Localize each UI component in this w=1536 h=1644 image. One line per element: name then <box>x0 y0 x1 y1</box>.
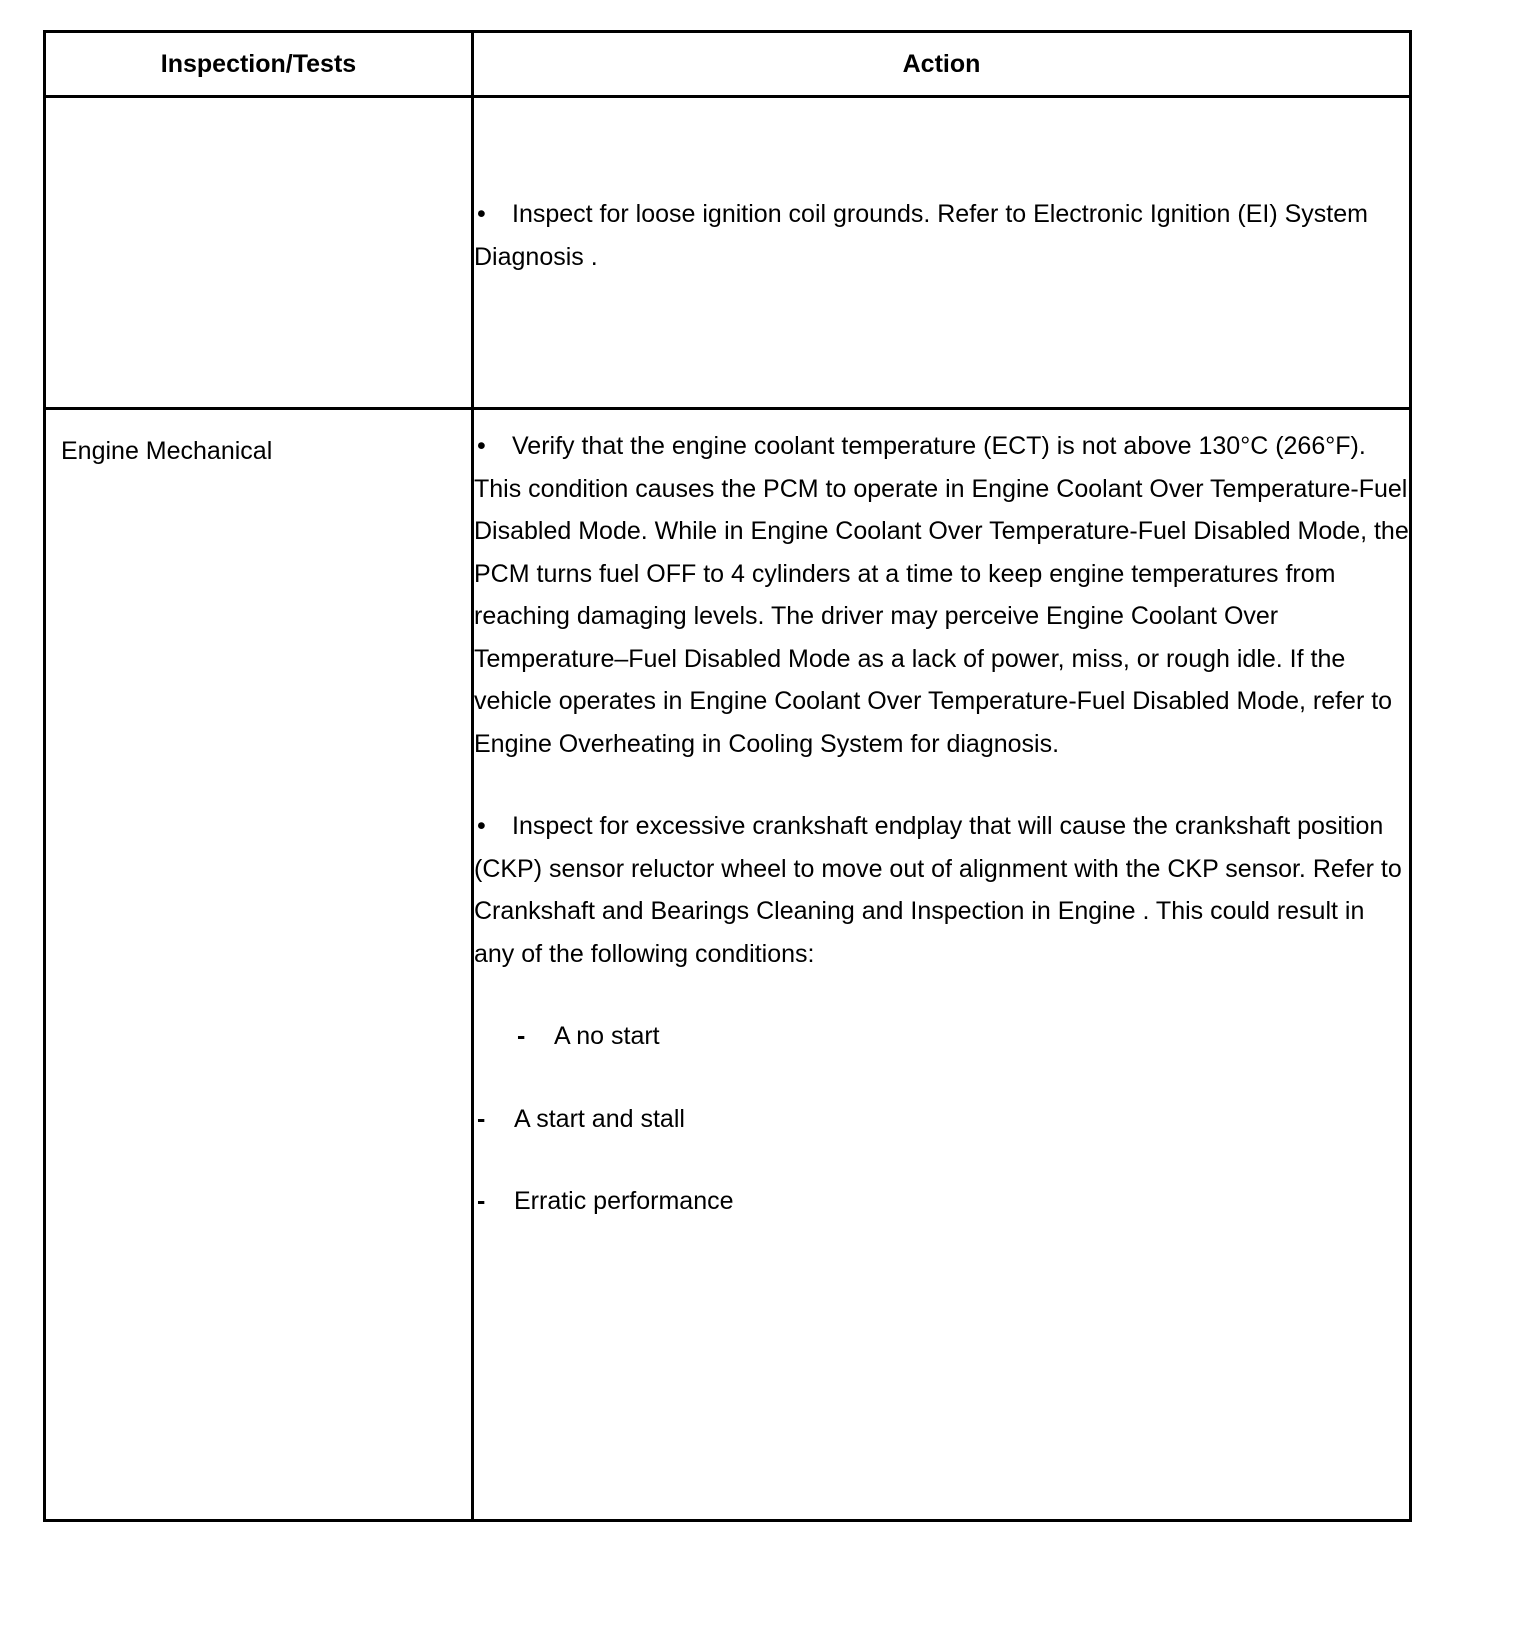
action-paragraph: •Inspect for excessive crankshaft endpla… <box>474 805 1409 975</box>
condition-text: A no start <box>554 1022 660 1050</box>
condition-item: -A no start <box>474 1015 1409 1058</box>
action-text: Inspect for excessive crankshaft endplay… <box>474 812 1402 968</box>
bullet-icon: • <box>474 805 512 848</box>
condition-text: Erratic performance <box>514 1187 734 1215</box>
header-action: Action <box>473 32 1411 97</box>
dash-icon: - <box>514 1015 554 1058</box>
condition-item: -A start and stall <box>474 1098 1409 1141</box>
bullet-icon: • <box>474 425 512 468</box>
inspection-label: Engine Mechanical <box>46 410 471 472</box>
condition-text: A start and stall <box>514 1105 685 1133</box>
action-text: Verify that the engine coolant temperatu… <box>474 432 1409 758</box>
action-paragraph: •Verify that the engine coolant temperat… <box>474 425 1409 765</box>
table-row: •Inspect for loose ignition coil grounds… <box>45 97 1411 409</box>
diagnostic-table: Inspection/Tests Action •Inspect for loo… <box>43 30 1412 1522</box>
condition-item: -Erratic performance <box>474 1180 1409 1223</box>
header-inspection-tests: Inspection/Tests <box>45 32 473 97</box>
inspection-cell <box>45 97 473 409</box>
action-paragraph: •Inspect for loose ignition coil grounds… <box>474 193 1409 278</box>
table-row: Engine Mechanical •Verify that the engin… <box>45 409 1411 1521</box>
dash-icon: - <box>474 1180 514 1223</box>
action-cell: •Verify that the engine coolant temperat… <box>473 409 1411 1521</box>
table-header-row: Inspection/Tests Action <box>45 32 1411 97</box>
dash-icon: - <box>474 1098 514 1141</box>
bullet-icon: • <box>474 193 512 236</box>
inspection-label <box>46 98 471 118</box>
inspection-cell: Engine Mechanical <box>45 409 473 1521</box>
action-cell: •Inspect for loose ignition coil grounds… <box>473 97 1411 409</box>
action-text: Inspect for loose ignition coil grounds.… <box>474 200 1368 271</box>
